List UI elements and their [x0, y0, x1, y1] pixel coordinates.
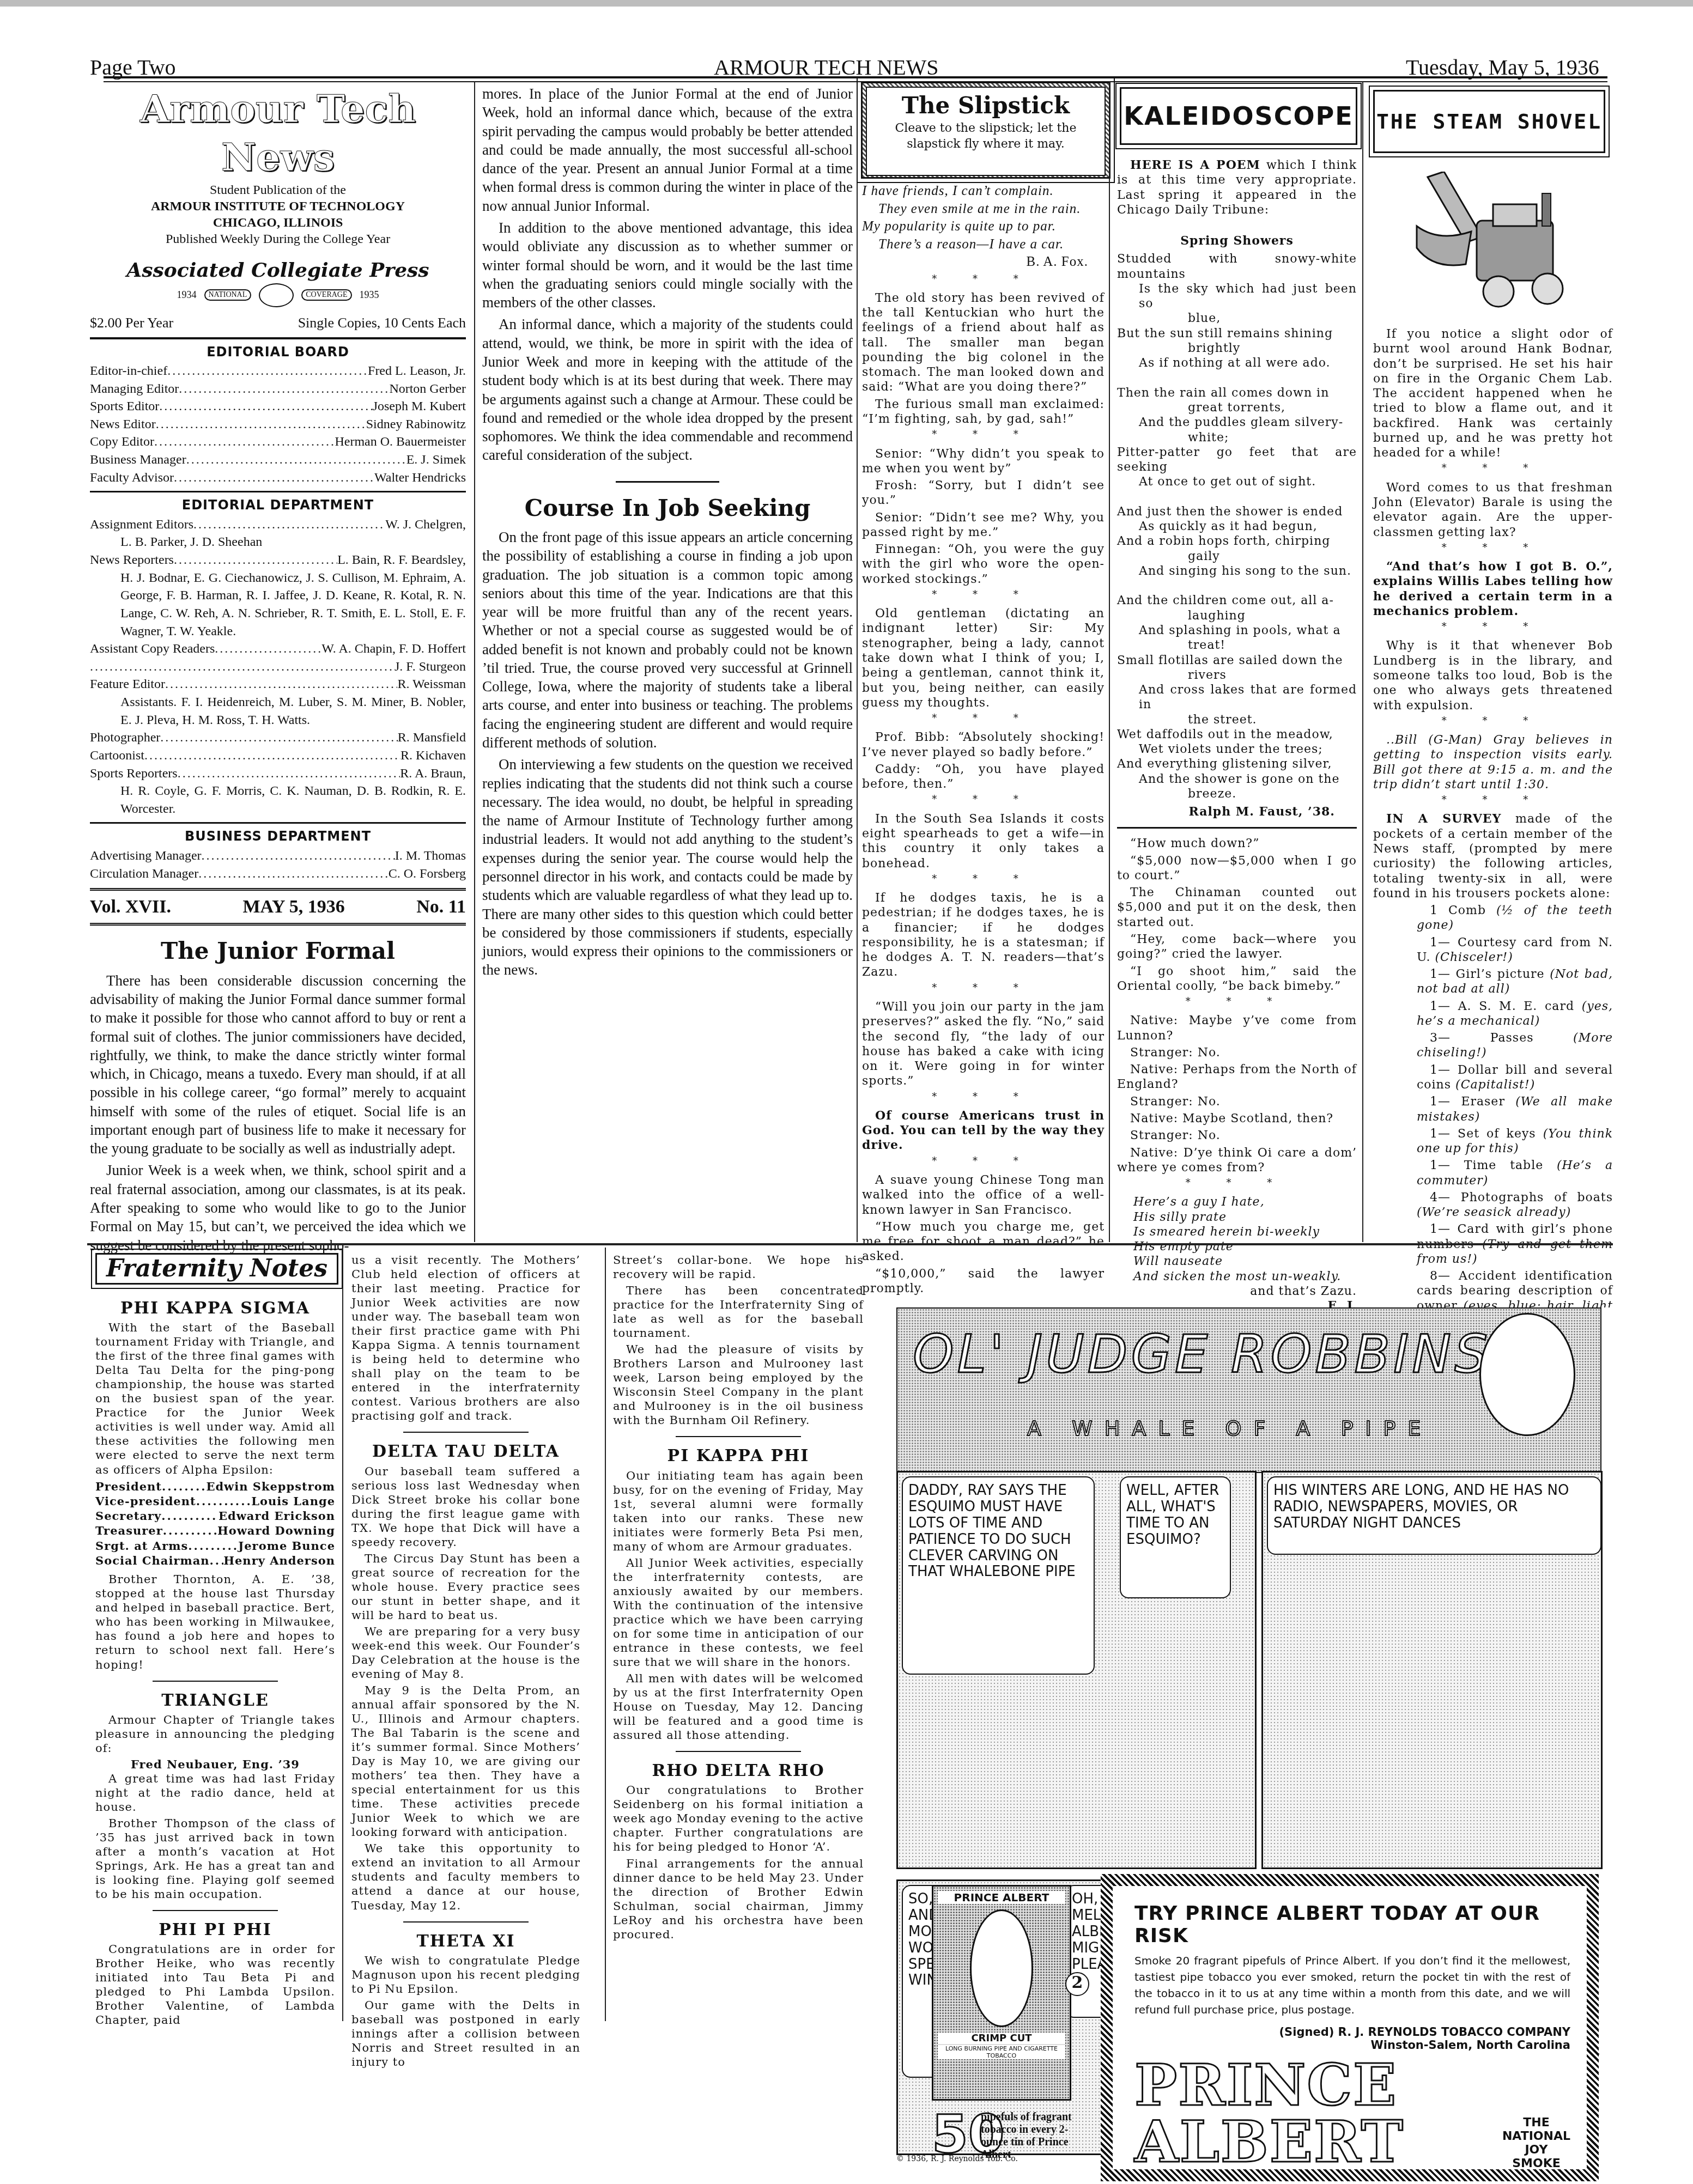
survey-list-item: 1— Courtesy card from N. U. (Chisceler!): [1373, 935, 1613, 965]
steam-shovel-item: Word comes to us that freshman John (Ele…: [1373, 480, 1613, 540]
brand-tagline: THE NATIONAL JOY SMOKE: [1502, 2116, 1570, 2170]
fraternity-col-2: us a visit recently. The Mothers’ Club h…: [351, 1253, 580, 2071]
junior-formal-headline: The Junior Formal: [90, 936, 466, 965]
slipstick-motto: Cleave to the slipstick; let the slapsti…: [867, 119, 1105, 154]
price-year: $2.00 Per Year: [90, 314, 173, 332]
poem-line: Is the sky which had just been so: [1117, 282, 1357, 312]
fraternity-col-1: PHI KAPPA SIGMA With the start of the Ba…: [95, 1294, 335, 2030]
editorial-department: Assignment EditorsW. J. Chelgren, L. B. …: [90, 516, 466, 818]
judge-portrait-icon: [1479, 1313, 1575, 1436]
speech-bubble: WELL, AFTER ALL, WHAT'S TIME TO AN ESQUI…: [1120, 1476, 1231, 1598]
survey-list-item: 1— Dollar bill and several coins (Capita…: [1373, 1063, 1613, 1093]
poem-line: great torrents,: [1117, 400, 1357, 415]
junior-formal-paragraph: There has been considerable discussion c…: [90, 971, 466, 1158]
column-divider: [342, 1248, 343, 2021]
poem-spring-showers: Studded with snowy-white mountainsIs the…: [1117, 252, 1357, 801]
slipstick-item: The furious small man exclaimed: “I’m fi…: [862, 397, 1105, 427]
risk-location: Winston-Salem, North Carolina: [1134, 2039, 1570, 2052]
slipstick-verse: I have friends, I can’t complain. They e…: [862, 182, 1105, 271]
editorial-board-heading: EDITORIAL BOARD: [90, 344, 466, 360]
risk-body: Smoke 20 fragrant pipefuls of Prince Alb…: [1134, 1952, 1570, 2018]
poem-line: [1117, 579, 1357, 593]
speech-bubble: DADDY, RAY SAYS THE ESQUIMO MUST HAVE LO…: [902, 1476, 1095, 1675]
kaleidoscope-column: HERE IS A POEM which I think is at this …: [1117, 158, 1357, 1313]
poem-line: And singing his song to the sun.: [1117, 564, 1357, 579]
slipstick-item: Prof. Bibb: “Absolutely shocking! I’ve n…: [862, 730, 1105, 760]
survey-list-item: 1— Eraser (We all make mistakes): [1373, 1094, 1613, 1124]
masthead-title: Armour Tech News: [90, 85, 466, 182]
slipstick-item: A suave young Chinese Tong man walked in…: [862, 1173, 1105, 1218]
volume-date: MAY 5, 1936: [242, 895, 344, 918]
delta-tau-delta-heading: DELTA TAU DELTA: [351, 1441, 580, 1462]
slipstick-item: Old gentleman (dictating an indignant le…: [862, 606, 1105, 710]
poem-line: the street.: [1117, 713, 1357, 727]
slipstick-item: Of course Americans trust in God. You ca…: [862, 1109, 1105, 1153]
survey-list-item: 3— Passes (More chiseling!): [1373, 1031, 1613, 1061]
risk-offer-box: TRY PRINCE ALBERT TODAY AT OUR RISK Smok…: [1101, 1874, 1599, 2181]
poem-line: And the shower is gone on the: [1117, 772, 1357, 787]
poem-line: breeze.: [1117, 787, 1357, 801]
volume-bar: Vol. XVII. MAY 5, 1936 No. 11: [90, 888, 466, 926]
slipstick-item: “$10,000,” said the lawyer promptly.: [862, 1267, 1105, 1297]
steam-shovel-header-box: THE STEAM SHOVEL: [1373, 90, 1605, 153]
column-divider: [1109, 82, 1110, 1242]
poem-line: But the sun still remains shining: [1117, 326, 1357, 341]
editorial-column: mores. In place of the Junior Formal at …: [482, 84, 853, 983]
price-line: $2.00 Per Year Single Copies, 10 Cents E…: [90, 314, 466, 332]
slipstick-item: Caddy: “Oh, you have played before, then…: [862, 762, 1105, 792]
steam-shovel-column: If you notice a slight odor of burnt woo…: [1373, 327, 1613, 1426]
risk-signature: (Signed) R. J. REYNOLDS TOBACCO COMPANY: [1134, 2025, 1570, 2039]
acp-year-right: 1935: [360, 289, 379, 301]
officer-row: SecretaryEdward Erickson: [95, 1508, 335, 1523]
phi-kappa-sigma-heading: PHI KAPPA SIGMA: [95, 1298, 335, 1318]
poem-line: And everything glistening silver,: [1117, 757, 1357, 771]
masthead-column: Armour Tech News Student Publication of …: [90, 82, 466, 1258]
fraternity-notes-header-box: Fraternity Notes: [95, 1253, 338, 1285]
steam-shovel-item: “And that’s how I got B. O.”, explains W…: [1373, 559, 1613, 619]
poem-line: treat!: [1117, 638, 1357, 653]
steam-shovel-item: ..Bill (G-Man) Gray believes in getting …: [1373, 733, 1613, 792]
poem-line: rivers: [1117, 668, 1357, 683]
officer-row: TreasurerHoward Downing: [95, 1523, 335, 1538]
poem-line: And splashing in pools, what a: [1117, 623, 1357, 638]
poem-line: brightly: [1117, 341, 1357, 356]
steam-shovel-item: Why is it that whenever Bob Lundberg is …: [1373, 638, 1613, 713]
steam-shovel-item: If you notice a slight odor of burnt woo…: [1373, 327, 1613, 460]
poem-author: Ralph M. Faust, ’38.: [1117, 805, 1357, 819]
poem-line: Studded with snowy-white mountains: [1117, 252, 1357, 282]
masthead-line4: Published Weekly During the College Year: [90, 231, 466, 247]
survey-list-item: 4— Photographs of boats (We’re seasick a…: [1373, 1190, 1613, 1220]
issue-number: No. 11: [416, 895, 466, 918]
section-rule: [87, 1243, 1613, 1245]
acp-year-left: 1934: [177, 289, 197, 301]
tin-size-badge: 2: [1065, 1972, 1089, 1996]
poem-line: And just then the shower is ended: [1117, 504, 1357, 519]
acp-seal-icon: [259, 283, 294, 307]
triangle-heading: TRIANGLE: [95, 1690, 335, 1711]
poem-line: white;: [1117, 430, 1357, 445]
pi-kappa-phi-heading: PI KAPPA PHI: [613, 1446, 864, 1466]
zazu-verse: Here’s a guy I hate, His silly prate Is …: [1117, 1195, 1357, 1284]
column-divider: [1362, 82, 1363, 1242]
poem-line: And the children come out, all a-: [1117, 593, 1357, 608]
editorial-department-heading: EDITORIAL DEPARTMENT: [90, 497, 466, 513]
staff-row: Business ManagerE. J. Simek: [90, 451, 466, 469]
volume-number: Vol. XVII.: [90, 895, 171, 918]
poem-line: Pitter-patter go feet that are seeking: [1117, 445, 1357, 475]
slipstick-column: I have friends, I can’t complain. They e…: [862, 182, 1105, 1298]
masthead-line3: CHICAGO, ILLINOIS: [90, 215, 466, 231]
kaleidoscope-header-box: KALEIDOSCOPE: [1120, 87, 1357, 145]
survey-list-item: 1 Comb (½ of the teeth gone): [1373, 903, 1613, 933]
staff-row: Faculty AdvisorWalter Hendricks: [90, 469, 466, 487]
staff-row: News EditorSidney Rabinowitz: [90, 416, 466, 434]
poem-line: [1117, 490, 1357, 504]
slipstick-item: In the South Sea Islands it costs eight …: [862, 812, 1105, 871]
acp-logo-name: Associated Collegiate Press: [90, 258, 466, 283]
survey-list-item: 1— A. S. M. E. card (yes, he’s a mechani…: [1373, 999, 1613, 1029]
editorial-board: Editor-in-chiefFred L. Leason, Jr. Manag…: [90, 362, 466, 486]
acp-logo: 1934 NATIONAL COVERAGE 1935: [90, 283, 466, 307]
prince-albert-figure-icon: [970, 1909, 1033, 2027]
poem-line: As if nothing at all were ado.: [1117, 356, 1357, 370]
speech-bubble: HIS WINTERS ARE LONG, AND HE HAS NO RADI…: [1267, 1476, 1601, 1555]
officer-row: Social ChairmanHenry Anderson: [95, 1553, 335, 1568]
poem-line: And a robin hops forth, chirping: [1117, 534, 1357, 549]
slipstick-item: Frosh: “Sorry, but I didn’t see you.”: [862, 478, 1105, 508]
acp-badge-right: COVERAGE: [301, 289, 351, 301]
slipstick-item: “How much you charge me, get me free for…: [862, 1220, 1105, 1264]
slipstick-item: Senior: “Why didn’t you speak to me when…: [862, 447, 1105, 477]
slipstick-item: Senior: “Didn’t see me? Why, you passed …: [862, 510, 1105, 540]
column-divider: [605, 1248, 606, 2021]
staff-row: Managing EditorNorton Gerber: [90, 380, 466, 398]
business-department-heading: BUSINESS DEPARTMENT: [90, 828, 466, 844]
steam-shovel-illustration-icon: [1406, 172, 1580, 313]
fraternity-col-3: Street’s collar-bone. We hope his recove…: [613, 1253, 864, 1944]
slipstick-item: “Will you join our party in the jam pres…: [862, 1000, 1105, 1089]
poem-line: laughing: [1117, 609, 1357, 623]
slipstick-header-box: The Slipstick Cleave to the slipstick; l…: [861, 82, 1111, 179]
survey-list-item: 1— Time table (He’s a commuter): [1373, 1158, 1613, 1188]
comic-title: OL' JUDGE ROBBINS: [913, 1324, 1491, 1385]
staff-row: Editor-in-chiefFred L. Leason, Jr.: [90, 362, 466, 380]
slipstick-item: If he dodges taxis, he is a pedestrian; …: [862, 891, 1105, 980]
poem-line: Small flotillas are sailed down the: [1117, 653, 1357, 668]
poem-line: Then the rain all comes down in: [1117, 386, 1357, 400]
officer-row: Vice-presidentLouis Lange: [95, 1494, 335, 1508]
junior-formal-continued: An informal dance, which a majority of t…: [482, 315, 853, 464]
scan-edge: [0, 0, 1693, 7]
officer-row: PresidentEdwin Skeppstrom: [95, 1479, 335, 1494]
poem-line: [1117, 370, 1357, 385]
kaleidoscope-title: KALEIDOSCOPE: [1124, 101, 1354, 131]
steam-shovel-title: THE STEAM SHOVEL: [1376, 109, 1602, 133]
poem-line: Wet daffodils out in the meadow,: [1117, 727, 1357, 742]
theta-xi-heading: THETA XI: [351, 1931, 580, 1951]
rho-delta-rho-heading: RHO DELTA RHO: [613, 1761, 864, 1781]
comic-subtitle: A WHALE OF A PIPE: [1027, 1416, 1433, 1440]
business-department: Advertising ManagerI. M. Thomas Circulat…: [90, 847, 466, 883]
job-seeking-headline: Course In Job Seeking: [482, 494, 853, 522]
fifty-text: pipefuls of fragrant tobacco in every 2-…: [981, 2111, 1073, 2161]
poem-line: blue,: [1117, 311, 1357, 326]
fraternity-notes-title: Fraternity Notes: [106, 1255, 327, 1282]
phi-pi-phi-heading: PHI PI PHI: [95, 1920, 335, 1940]
poem-line: And cross lakes that are formed in: [1117, 683, 1357, 713]
job-seeking-paragraph: On interviewing a few students on the qu…: [482, 755, 853, 979]
junior-formal-continued: mores. In place of the Junior Formal at …: [482, 84, 853, 215]
junior-formal-continued: In addition to the above mentioned advan…: [482, 218, 853, 312]
brand-logo: PRINCE ALBERT: [1134, 2057, 1497, 2170]
poem-line: At once to get out of sight.: [1117, 474, 1357, 489]
poem-line: gaily: [1117, 549, 1357, 564]
column-divider: [857, 82, 858, 1242]
masthead-line2: ARMOUR INSTITUTE OF TECHNOLOGY: [90, 198, 466, 215]
acp-badge-left: NATIONAL: [204, 289, 252, 301]
survey-list-item: 1— Girl’s picture (Not bad, not bad at a…: [1373, 967, 1613, 997]
officers-list: PresidentEdwin SkeppstromVice-presidentL…: [95, 1479, 335, 1568]
staff-row: Copy EditorHerman O. Bauermeister: [90, 433, 466, 451]
junior-formal-paragraph: Junior Week is a week when, we think, sc…: [90, 1161, 466, 1254]
officer-row: Srgt. at ArmsJerome Bunce: [95, 1538, 335, 1553]
slipstick-title: The Slipstick: [867, 88, 1105, 119]
price-single: Single Copies, 10 Cents Each: [298, 314, 466, 332]
job-seeking-paragraph: On the front page of this issue appears …: [482, 528, 853, 752]
prince-albert-tin-icon: PRINCE ALBERT CRIMP CUT LONG BURNING PIP…: [932, 1885, 1071, 2101]
masthead-line1: Student Publication of the: [90, 182, 466, 198]
survey-list-item: 1— Set of keys (You think one up for thi…: [1373, 1127, 1613, 1157]
poem-title: Spring Showers: [1117, 234, 1357, 248]
slipstick-item: Finnegan: “Oh, you were the guy with the…: [862, 542, 1105, 587]
poem-line: Wet violets under the trees;: [1117, 742, 1357, 757]
slipstick-item: The old story has been revived of the ta…: [862, 291, 1105, 395]
poem-line: And the puddles gleam silvery-: [1117, 415, 1357, 430]
column-divider: [474, 82, 475, 1242]
risk-heading: TRY PRINCE ALBERT TODAY AT OUR RISK: [1134, 1902, 1570, 1947]
staff-row: Sports EditorJoseph M. Kubert: [90, 398, 466, 416]
poem-line: As quickly as it had begun,: [1117, 519, 1357, 534]
